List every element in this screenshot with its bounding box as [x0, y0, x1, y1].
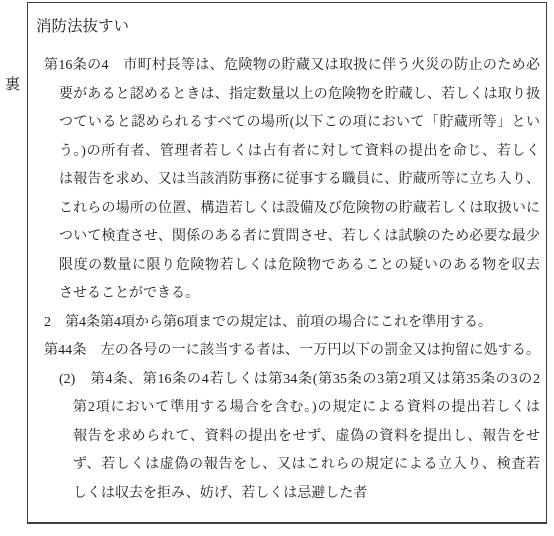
law-text-line: 報告を求められて、資料の提出をせず、虚偽の資料を提出し、報告をせ	[73, 423, 540, 452]
law-text-line: ついて検査させ、関係のある者に質問させ、若しくは試験のため必要な最少	[59, 223, 540, 252]
page-side-label: 裏	[5, 77, 20, 94]
law-text-line: これらの場所の位置、構造若しくは設備及び危険物の貯蔵若しくは取扱いに	[59, 195, 540, 224]
law-text-line: 2 第4条第4項から第6項までの規定は、前項の場合にこれを準用する。	[44, 309, 540, 338]
law-text-line: しくは収去を拒み、妨げ、若しくは忌避した者	[73, 480, 540, 509]
law-text-line: ず、若しくは虚偽の報告をし、又はこれらの規定による立入り、検査若	[73, 451, 540, 480]
document-frame: 消防法抜すい 第16条の4 市町村長等は、危険物の貯蔵又は取扱に伴う火災の防止の…	[27, 2, 547, 524]
law-text-line: 要があると認めるときは、指定数量以上の危険物を貯蔵し、若しくは取り扱	[59, 81, 540, 110]
law-text-line: う。)の所有者、管理者若しくは占有者に対して資料の提出を命じ、若しく	[59, 138, 540, 167]
law-text-line: は報告を求め、又は当該消防事務に従事する職員に、貯蔵所等に立ち入り、	[59, 166, 540, 195]
law-text-line: (2) 第4条、第16条の4若しくは第34条(第35条の3第2項又は第35条の3…	[59, 366, 540, 395]
document-body: 第16条の4 市町村長等は、危険物の貯蔵又は取扱に伴う火災の防止のため必 要があ…	[44, 52, 540, 508]
law-text-line: 第2項において準用する場合を含む。)の規定による資料の提出若しくは	[73, 394, 540, 423]
law-text-line: つていると認められるすべての場所(以下この項において「貯蔵所等」とい	[59, 109, 540, 138]
document-title: 消防法抜すい	[36, 16, 129, 38]
page-canvas: 裏 消防法抜すい 第16条の4 市町村長等は、危険物の貯蔵又は取扱に伴う火災の防…	[0, 0, 554, 536]
law-text-line: 限度の数量に限り危険物若しくは危険物であることの疑いのある物を収去	[59, 252, 540, 281]
law-text-line: させることができる。	[59, 280, 540, 309]
law-text-line: 第16条の4 市町村長等は、危険物の貯蔵又は取扱に伴う火災の防止のため必	[44, 52, 540, 81]
law-text-line: 第44条 左の各号の一に該当する者は、一万円以下の罰金又は拘留に処する。	[44, 337, 540, 366]
